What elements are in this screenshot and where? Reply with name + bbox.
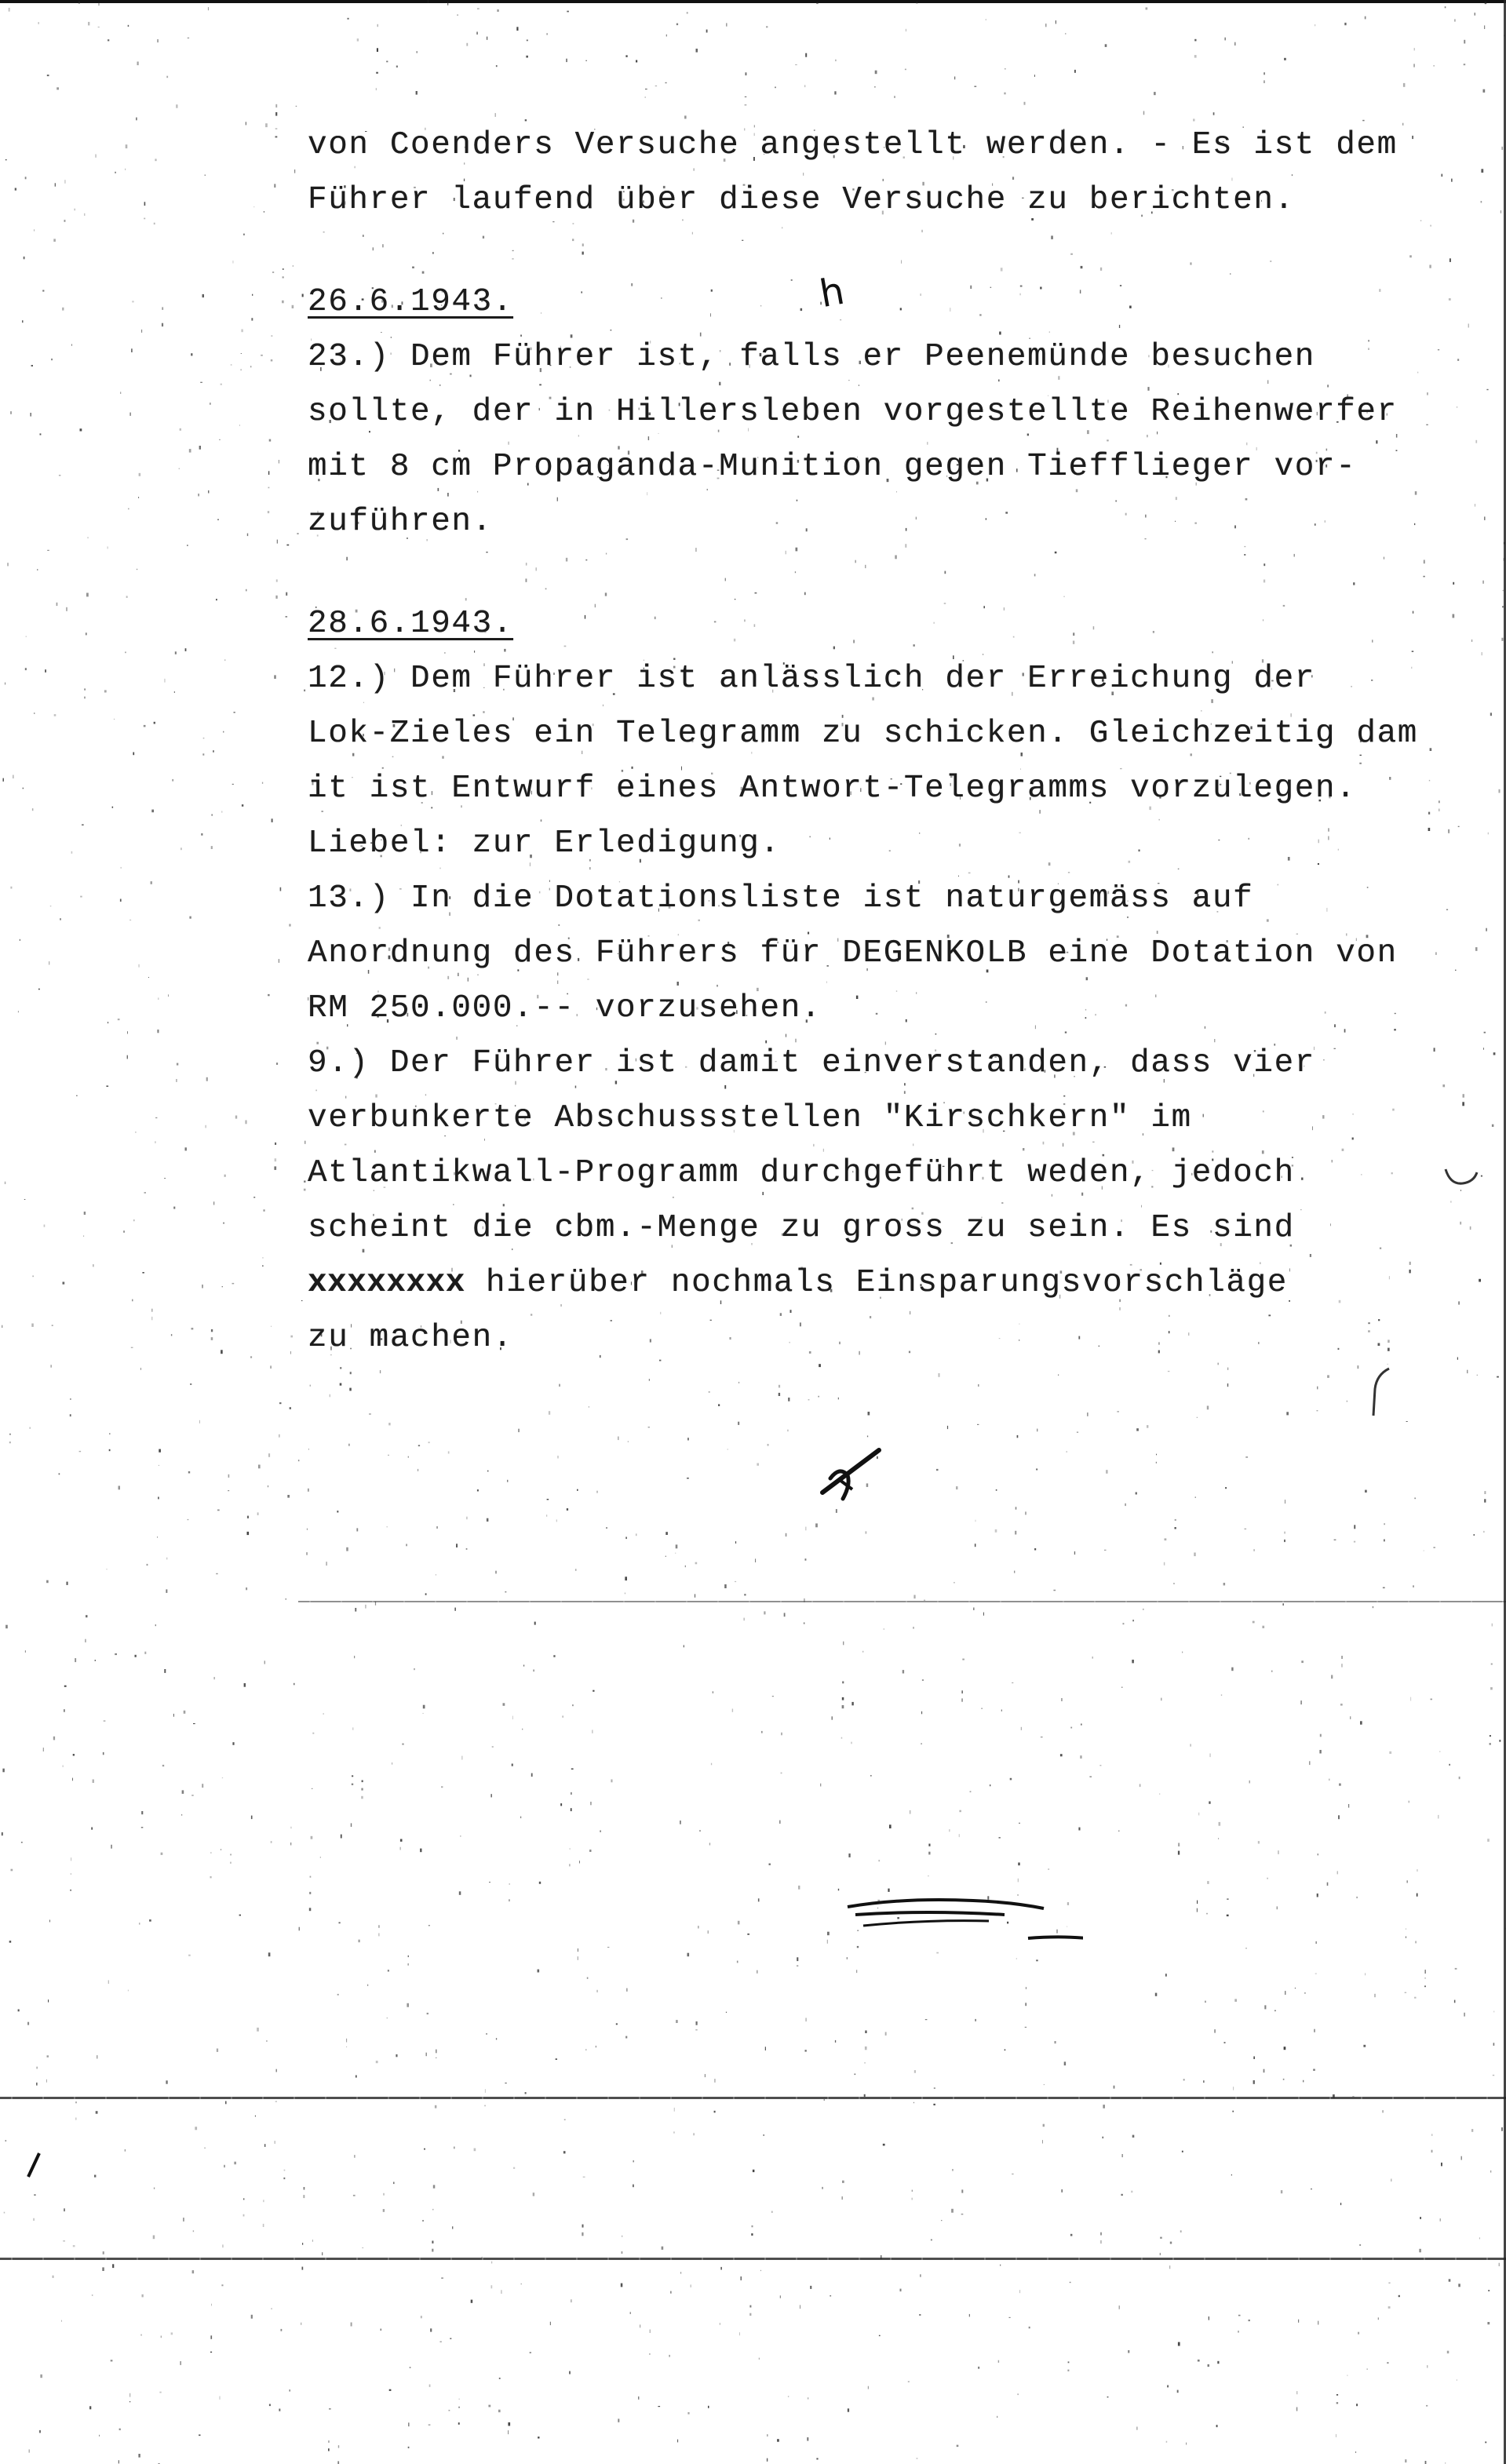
struck-out-text: xxxxxxxx (308, 1265, 465, 1301)
text-line: Liebel: zur Erledigung. (308, 816, 1485, 871)
text-line: sollte, der in Hillersleben vorgestellte… (308, 385, 1485, 439)
text-line: 12.) Dem Führer ist anlässlich der Errei… (308, 651, 1485, 706)
text-line: Anordnung des Führers für DEGENKOLB eine… (308, 926, 1485, 981)
margin-tick-mark-icon (22, 2150, 46, 2182)
entry-28-6-1943: 28.6.1943. 12.) Dem Führer ist anlässlic… (308, 596, 1485, 1365)
text-line: it ist Entwurf eines Antwort-Telegramms … (308, 761, 1485, 816)
text-line: von Coenders Versuche angestellt werden.… (308, 118, 1485, 173)
text-line: 13.) In die Dotationsliste ist naturgemä… (308, 871, 1485, 926)
margin-stroke-mark-icon (1366, 1365, 1397, 1420)
text-line: Lok-Zieles ein Telegramm zu schicken. Gl… (308, 706, 1485, 761)
text-line-remainder: hierüber nochmals Einsparungsvorschläge (465, 1265, 1288, 1301)
signature-scribble-icon (832, 1891, 1083, 1954)
text-line: RM 250.000.-- vorzusehen. (308, 981, 1485, 1036)
text-line: Führer laufend über diese Versuche zu be… (308, 173, 1485, 228)
text-line: xxxxxxxx hierüber nochmals Einsparungsvo… (308, 1256, 1485, 1310)
scan-top-edge (0, 0, 1506, 3)
scan-rule-line (0, 2258, 1506, 2260)
text-line: zuführen. (308, 494, 1485, 549)
margin-squiggle-icon (1442, 1161, 1482, 1193)
scan-rule-line (298, 1601, 1506, 1602)
text-line: verbunkerte Abschussstellen "Kirschkern"… (308, 1091, 1485, 1146)
text-line: scheint die cbm.-Menge zu gross zu sein.… (308, 1201, 1485, 1256)
entry-date: 28.6.1943. (308, 606, 513, 642)
entry-26-6-1943: 26.6.1943. 23.) Dem Führer ist, falls er… (308, 275, 1485, 549)
text-line: mit 8 cm Propaganda-Munition gegen Tieff… (308, 439, 1485, 494)
paragraph-continuation: von Coenders Versuche angestellt werden.… (308, 118, 1485, 228)
text-line: zu machen. (308, 1310, 1485, 1365)
text-line: 9.) Der Führer ist damit einverstanden, … (308, 1036, 1485, 1091)
text-line: Atlantikwall-Programm durchgeführt weden… (308, 1146, 1485, 1201)
scan-rule-line (0, 2097, 1506, 2099)
typewritten-page: von Coenders Versuche angestellt werden.… (308, 118, 1485, 1365)
text-line: 23.) Dem Führer ist, falls er Peenemünde… (308, 330, 1485, 385)
handwritten-check-mark-icon (816, 1444, 887, 1507)
entry-date: 26.6.1943. (308, 284, 513, 320)
